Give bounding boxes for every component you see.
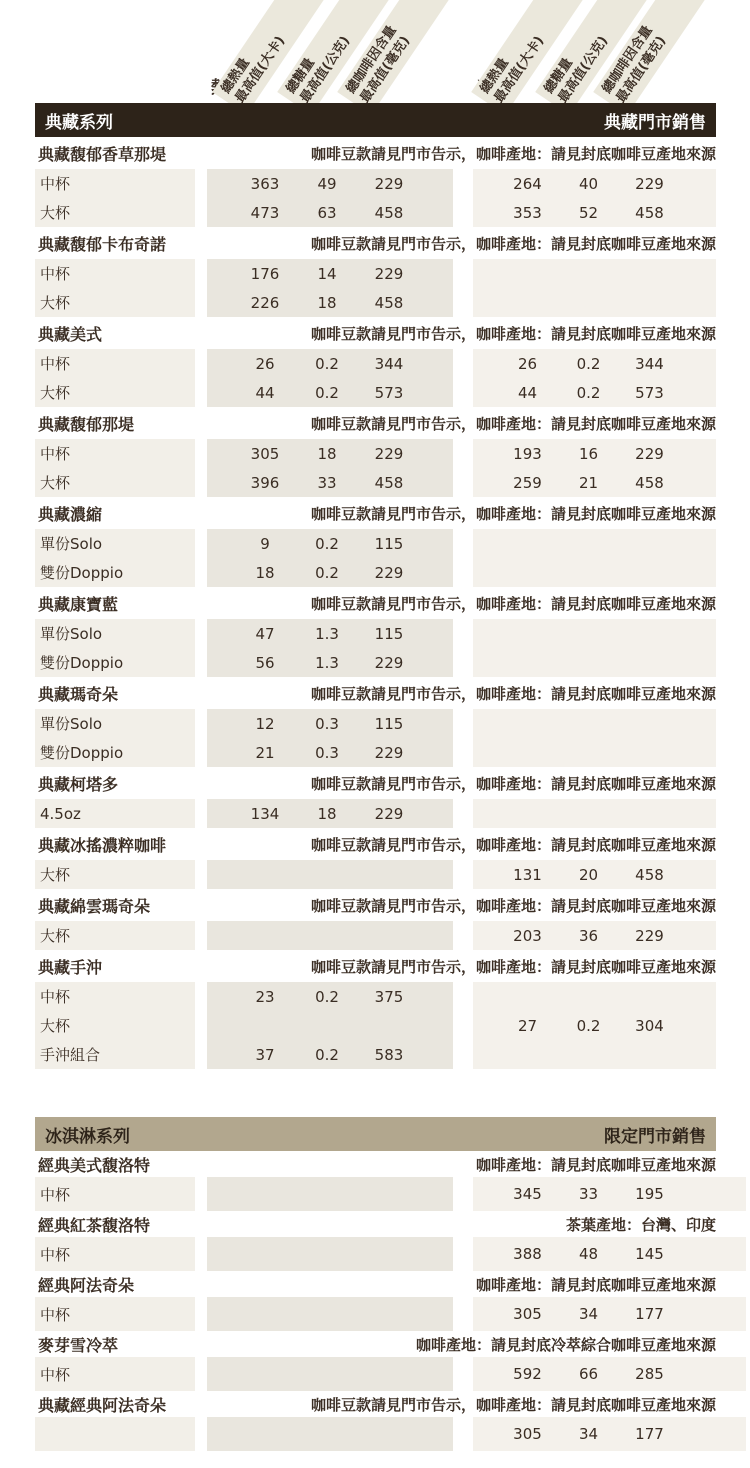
product-name: 典藏手沖 xyxy=(35,955,102,978)
size-label-cell: 單份Solo xyxy=(35,619,195,648)
size-row: 大杯440.2573440.2573 xyxy=(35,378,716,407)
section-title: 冰淇淋系列 xyxy=(45,1122,130,1147)
product-header-row: 經典阿法奇朵咖啡產地：請見封底咖啡豆產地來源 xyxy=(35,1271,716,1297)
size-label: 大杯 xyxy=(40,1015,70,1036)
hot-value-cell: 18 xyxy=(234,564,296,582)
hot-values-block: 370.2583 xyxy=(207,1040,453,1069)
iced-value-cell: 305 xyxy=(497,1305,558,1323)
gutter xyxy=(453,648,473,677)
size-label: 大杯 xyxy=(40,925,70,946)
product-name: 典藏濃縮 xyxy=(35,502,102,525)
iced-value-cell: 304 xyxy=(619,1017,680,1035)
iced-value-cell: 177 xyxy=(619,1305,680,1323)
product-name: 典藏馥郁香草那堤 xyxy=(35,142,166,165)
hot-value-cell: 18 xyxy=(296,445,358,463)
iced-value-cell: 66 xyxy=(558,1365,619,1383)
gutter xyxy=(453,439,473,468)
product-name: 典藏經典阿法奇朵 xyxy=(35,1393,166,1416)
hot-value-cell: 26 xyxy=(234,355,296,373)
product-group: 典藏馥郁那堤咖啡豆款請見門市告示，咖啡產地：請見封底咖啡豆產地來源中杯30518… xyxy=(35,407,716,497)
product-name: 典藏康寶藍 xyxy=(35,592,118,615)
product-name: 經典阿法奇朵 xyxy=(35,1273,134,1296)
iced-value-cell: 48 xyxy=(558,1245,619,1263)
product-header-row: 典藏馥郁卡布奇諾咖啡豆款請見門市告示，咖啡產地：請見封底咖啡豆產地來源 xyxy=(35,227,716,259)
hot-values-block xyxy=(207,1237,453,1271)
size-row: 雙份Doppio180.2229 xyxy=(35,558,716,587)
product-group: 經典美式馥洛特咖啡產地：請見封底咖啡豆產地來源中杯34533195 xyxy=(35,1151,716,1211)
product-note: 茶葉產地：台灣、印度 xyxy=(566,1214,716,1235)
product-header-row: 典藏綿雲瑪奇朵咖啡豆款請見門市告示，咖啡產地：請見封底咖啡豆產地來源 xyxy=(35,889,716,921)
iced-values-block: 30534177 xyxy=(473,1417,746,1451)
iced-value-cell: 44 xyxy=(497,384,558,402)
hot-value-cell: 134 xyxy=(234,805,296,823)
hot-value-cell: 33 xyxy=(296,474,358,492)
iced-values-block xyxy=(473,709,716,738)
hot-values-block: 47363458 xyxy=(207,198,453,227)
iced-values-block xyxy=(473,738,716,767)
iced-value-cell: 131 xyxy=(497,866,558,884)
size-row: 大杯20336229 xyxy=(35,921,716,950)
hot-value-cell: 18 xyxy=(296,294,358,312)
hot-value-cell: 229 xyxy=(358,744,420,762)
section-badge: 典藏門市銷售 xyxy=(604,108,706,133)
hot-value-cell: 23 xyxy=(234,988,296,1006)
hot-value-cell: 49 xyxy=(296,175,358,193)
product-note: 咖啡產地：請見封底咖啡豆產地來源 xyxy=(476,1154,716,1175)
size-label-cell: 大杯 xyxy=(35,1011,195,1040)
iced-value-cell: 0.2 xyxy=(558,384,619,402)
hot-value-cell: 229 xyxy=(358,654,420,672)
hot-values-block: 22618458 xyxy=(207,288,453,317)
gutter xyxy=(195,619,207,648)
product-note: 咖啡豆款請見門市告示，咖啡產地：請見封底咖啡豆產地來源 xyxy=(311,413,716,434)
hot-values-block: 120.3115 xyxy=(207,709,453,738)
iced-values-block xyxy=(473,259,716,288)
size-label-cell: 大杯 xyxy=(35,468,195,497)
hot-value-cell: 473 xyxy=(234,204,296,222)
gutter xyxy=(195,1011,207,1040)
iced-value-cell: 458 xyxy=(619,474,680,492)
size-row: 中杯38848145 xyxy=(35,1237,716,1271)
product-note: 咖啡豆款請見門市告示，咖啡產地：請見封底咖啡豆產地來源 xyxy=(311,143,716,164)
iced-values-block xyxy=(473,648,716,677)
size-label-cell: 大杯 xyxy=(35,860,195,889)
iced-values-block: 35352458 xyxy=(473,198,716,227)
hot-value-cell: 21 xyxy=(234,744,296,762)
size-label-cell: 中杯 xyxy=(35,982,195,1011)
size-row: 中杯230.2375 xyxy=(35,982,716,1011)
size-label: 大杯 xyxy=(40,382,70,403)
iced-value-cell: 305 xyxy=(497,1425,558,1443)
iced-values-block xyxy=(473,982,716,1011)
product-header-row: 典藏經典阿法奇朵咖啡豆款請見門市告示，咖啡產地：請見封底咖啡豆產地來源 xyxy=(35,1391,716,1417)
product-header-row: 典藏馥郁那堤咖啡豆款請見門市告示，咖啡產地：請見封底咖啡豆產地來源 xyxy=(35,407,716,439)
gutter xyxy=(453,799,473,828)
size-label-cell: 雙份Doppio xyxy=(35,738,195,767)
product-name: 典藏馥郁那堤 xyxy=(35,412,134,435)
gutter xyxy=(195,349,207,378)
hot-value-cell: 12 xyxy=(234,715,296,733)
iced-value-cell: 36 xyxy=(558,927,619,945)
iced-values-block xyxy=(473,619,716,648)
product-name: 典藏綿雲瑪奇朵 xyxy=(35,894,150,917)
size-label: 中杯 xyxy=(40,1244,70,1265)
iced-values-block xyxy=(473,799,716,828)
gutter xyxy=(195,921,207,950)
iced-value-cell: 177 xyxy=(619,1425,680,1443)
hot-value-cell: 229 xyxy=(358,175,420,193)
gutter xyxy=(195,1040,207,1069)
size-row: 手沖組合370.2583 xyxy=(35,1040,716,1069)
size-label: 大杯 xyxy=(40,864,70,885)
section-reserve: 典藏系列典藏門市銷售典藏馥郁香草那堤咖啡豆款請見門市告示，咖啡產地：請見封底咖啡… xyxy=(35,103,716,1069)
size-row: 單份Solo120.3115 xyxy=(35,709,716,738)
gutter xyxy=(453,1357,473,1391)
hot-value-cell: 0.2 xyxy=(296,564,358,582)
product-header-row: 典藏手沖咖啡豆款請見門市告示，咖啡產地：請見封底咖啡豆產地來源 xyxy=(35,950,716,982)
hot-value-cell: 18 xyxy=(296,805,358,823)
section-header-bar: 典藏系列典藏門市銷售 xyxy=(35,103,716,137)
size-label-cell: 大杯 xyxy=(35,921,195,950)
gutter xyxy=(453,349,473,378)
hot-value-cell: 226 xyxy=(234,294,296,312)
gutter xyxy=(195,378,207,407)
iced-value-cell: 40 xyxy=(558,175,619,193)
iced-value-cell: 145 xyxy=(619,1245,680,1263)
product-note: 咖啡產地：請見封底咖啡豆產地來源 xyxy=(476,1274,716,1295)
hot-value-cell: 229 xyxy=(358,445,420,463)
size-label-cell: 大杯 xyxy=(35,288,195,317)
product-name: 典藏馥郁卡布奇諾 xyxy=(35,232,166,255)
size-label-cell: 中杯 xyxy=(35,1177,195,1211)
iced-values-block: 26440229 xyxy=(473,169,716,198)
size-label: 中杯 xyxy=(40,173,70,194)
gutter xyxy=(195,169,207,198)
hot-value-cell: 0.3 xyxy=(296,715,358,733)
product-note: 咖啡產地：請見封底冷萃綜合咖啡豆產地來源 xyxy=(416,1334,716,1355)
iced-value-cell: 33 xyxy=(558,1185,619,1203)
product-name: 經典美式馥洛特 xyxy=(35,1153,150,1176)
hot-value-cell: 63 xyxy=(296,204,358,222)
hot-value-cell: 0.2 xyxy=(296,355,358,373)
hot-values-block xyxy=(207,1417,453,1451)
iced-value-cell: 34 xyxy=(558,1425,619,1443)
size-label-cell: 雙份Doppio xyxy=(35,558,195,587)
iced-value-cell: 21 xyxy=(558,474,619,492)
hot-values-block: 13418229 xyxy=(207,799,453,828)
iced-values-block: 38848145 xyxy=(473,1237,746,1271)
iced-values-block: 270.2304 xyxy=(473,1011,716,1040)
iced-value-cell: 344 xyxy=(619,355,680,373)
hot-value-cell: 14 xyxy=(296,265,358,283)
iced-value-cell: 458 xyxy=(619,866,680,884)
product-header-row: 典藏瑪奇朵咖啡豆款請見門市告示，咖啡產地：請見封底咖啡豆產地來源 xyxy=(35,677,716,709)
hot-values-block: 260.2344 xyxy=(207,349,453,378)
gutter xyxy=(195,259,207,288)
gutter xyxy=(453,468,473,497)
hot-value-cell: 176 xyxy=(234,265,296,283)
product-header-row: 典藏濃縮咖啡豆款請見門市告示，咖啡產地：請見封底咖啡豆產地來源 xyxy=(35,497,716,529)
gutter xyxy=(195,1357,207,1391)
iced-values-block xyxy=(473,1040,716,1069)
gutter xyxy=(195,1297,207,1331)
size-row: 30534177 xyxy=(35,1417,716,1451)
hot-value-cell: 573 xyxy=(358,384,420,402)
iced-value-cell: 27 xyxy=(497,1017,558,1035)
product-note: 咖啡豆款請見門市告示，咖啡產地：請見封底咖啡豆產地來源 xyxy=(311,503,716,524)
hot-values-block: 230.2375 xyxy=(207,982,453,1011)
size-label: 單份Solo xyxy=(40,533,102,554)
product-group: 典藏康寶藍咖啡豆款請見門市告示，咖啡產地：請見封底咖啡豆產地來源單份Solo47… xyxy=(35,587,716,677)
gutter xyxy=(453,619,473,648)
iced-values-block: 13120458 xyxy=(473,860,716,889)
size-label: 中杯 xyxy=(40,1304,70,1325)
size-label-cell: 中杯 xyxy=(35,1357,195,1391)
product-group: 典藏經典阿法奇朵咖啡豆款請見門市告示，咖啡產地：請見封底咖啡豆產地來源30534… xyxy=(35,1391,716,1451)
product-header-row: 典藏柯塔多咖啡豆款請見門市告示，咖啡產地：請見封底咖啡豆產地來源 xyxy=(35,767,716,799)
iced-value-cell: 20 xyxy=(558,866,619,884)
gutter xyxy=(453,288,473,317)
iced-values-block: 19316229 xyxy=(473,439,716,468)
gutter xyxy=(195,198,207,227)
size-label: 單份Solo xyxy=(40,713,102,734)
gutter xyxy=(453,1237,473,1271)
gutter xyxy=(453,709,473,738)
hot-values-block xyxy=(207,1177,453,1211)
product-note: 咖啡豆款請見門市告示，咖啡產地：請見封底咖啡豆產地來源 xyxy=(311,956,716,977)
size-row: 4.5oz13418229 xyxy=(35,799,716,828)
gutter xyxy=(453,1011,473,1040)
product-group: 典藏冰搖濃粹咖啡咖啡豆款請見門市告示，咖啡產地：請見封底咖啡豆產地來源大杯131… xyxy=(35,828,716,889)
product-group: 典藏馥郁香草那堤咖啡豆款請見門市告示，咖啡產地：請見封底咖啡豆產地來源中杯363… xyxy=(35,137,716,227)
product-name: 典藏瑪奇朵 xyxy=(35,682,118,705)
product-group: 經典阿法奇朵咖啡產地：請見封底咖啡豆產地來源中杯30534177 xyxy=(35,1271,716,1331)
size-label-cell: 中杯 xyxy=(35,169,195,198)
gutter xyxy=(453,529,473,558)
iced-values-block xyxy=(473,558,716,587)
iced-value-cell: 0.2 xyxy=(558,1017,619,1035)
iced-values-block: 260.2344 xyxy=(473,349,716,378)
size-label: 4.5oz xyxy=(40,805,81,823)
hot-values-block xyxy=(207,921,453,950)
size-label-cell: 單份Solo xyxy=(35,529,195,558)
hot-value-cell: 9 xyxy=(234,535,296,553)
iced-value-cell: 16 xyxy=(558,445,619,463)
product-group: 經典紅茶馥洛特茶葉產地：台灣、印度中杯38848145 xyxy=(35,1211,716,1271)
product-note: 咖啡豆款請見門市告示，咖啡產地：請見封底咖啡豆產地來源 xyxy=(311,834,716,855)
iced-values-block xyxy=(473,529,716,558)
hot-values-block xyxy=(207,1297,453,1331)
product-name: 經典紅茶馥洛特 xyxy=(35,1213,150,1236)
hot-value-cell: 458 xyxy=(358,294,420,312)
size-row: 中杯59266285 xyxy=(35,1357,716,1391)
gutter xyxy=(453,921,473,950)
product-group: 典藏馥郁卡布奇諾咖啡豆款請見門市告示，咖啡產地：請見封底咖啡豆產地來源中杯176… xyxy=(35,227,716,317)
product-header-row: 典藏美式咖啡豆款請見門市告示，咖啡產地：請見封底咖啡豆產地來源 xyxy=(35,317,716,349)
gutter xyxy=(453,1297,473,1331)
size-label-cell: 中杯 xyxy=(35,259,195,288)
hot-values-block xyxy=(207,1357,453,1391)
hot-value-cell: 0.2 xyxy=(296,1046,358,1064)
size-row: 中杯3051822919316229 xyxy=(35,439,716,468)
product-group: 典藏濃縮咖啡豆款請見門市告示，咖啡產地：請見封底咖啡豆產地來源單份Solo90.… xyxy=(35,497,716,587)
iced-value-cell: 353 xyxy=(497,204,558,222)
hot-value-cell: 115 xyxy=(358,715,420,733)
gutter xyxy=(453,169,473,198)
size-label-cell: 中杯 xyxy=(35,1237,195,1271)
gutter xyxy=(453,558,473,587)
size-label: 大杯 xyxy=(40,292,70,313)
size-row: 單份Solo90.2115 xyxy=(35,529,716,558)
size-row: 大杯270.2304 xyxy=(35,1011,716,1040)
iced-value-cell: 259 xyxy=(497,474,558,492)
hot-value-cell: 0.2 xyxy=(296,384,358,402)
column-headers: 熱飲 冰飲 總熱量最高值(大卡)總糖量最高值(公克)總咖啡因含量最高值(毫克)總… xyxy=(0,0,750,103)
hot-values-block: 30518229 xyxy=(207,439,453,468)
hot-value-cell: 1.3 xyxy=(296,654,358,672)
hot-value-cell: 44 xyxy=(234,384,296,402)
product-note: 咖啡豆款請見門市告示，咖啡產地：請見封底咖啡豆產地來源 xyxy=(311,773,716,794)
hot-value-cell: 229 xyxy=(358,805,420,823)
iced-value-cell: 195 xyxy=(619,1185,680,1203)
iced-value-cell: 573 xyxy=(619,384,680,402)
product-note: 咖啡豆款請見門市告示，咖啡產地：請見封底咖啡豆產地來源 xyxy=(311,683,716,704)
size-label: 中杯 xyxy=(40,263,70,284)
iced-value-cell: 592 xyxy=(497,1365,558,1383)
size-label: 中杯 xyxy=(40,353,70,374)
product-header-row: 經典美式馥洛特咖啡產地：請見封底咖啡豆產地來源 xyxy=(35,1151,716,1177)
size-row: 中杯34533195 xyxy=(35,1177,716,1211)
section-header-bar: 冰淇淋系列限定門市銷售 xyxy=(35,1117,716,1151)
size-label: 中杯 xyxy=(40,1184,70,1205)
size-row: 雙份Doppio210.3229 xyxy=(35,738,716,767)
iced-value-cell: 388 xyxy=(497,1245,558,1263)
gutter xyxy=(195,1417,207,1451)
hot-value-cell: 0.2 xyxy=(296,988,358,1006)
gutter xyxy=(195,1237,207,1271)
iced-value-cell: 285 xyxy=(619,1365,680,1383)
hot-values-block: 36349229 xyxy=(207,169,453,198)
iced-value-cell: 264 xyxy=(497,175,558,193)
size-row: 中杯260.2344260.2344 xyxy=(35,349,716,378)
gutter xyxy=(453,259,473,288)
size-label: 中杯 xyxy=(40,986,70,1007)
gutter xyxy=(195,529,207,558)
size-row: 中杯30534177 xyxy=(35,1297,716,1331)
product-note: 咖啡豆款請見門市告示，咖啡產地：請見封底咖啡豆產地來源 xyxy=(311,593,716,614)
gutter xyxy=(453,860,473,889)
gutter xyxy=(195,982,207,1011)
product-group: 典藏綿雲瑪奇朵咖啡豆款請見門市告示，咖啡產地：請見封底咖啡豆產地來源大杯2033… xyxy=(35,889,716,950)
hot-value-cell: 37 xyxy=(234,1046,296,1064)
hot-value-cell: 583 xyxy=(358,1046,420,1064)
size-label: 中杯 xyxy=(40,443,70,464)
hot-values-block: 561.3229 xyxy=(207,648,453,677)
iced-values-block: 30534177 xyxy=(473,1297,746,1331)
product-note: 咖啡豆款請見門市告示，咖啡產地：請見封底咖啡豆產地來源 xyxy=(311,323,716,344)
hot-values-block xyxy=(207,1011,453,1040)
iced-value-cell: 229 xyxy=(619,175,680,193)
iced-value-cell: 229 xyxy=(619,445,680,463)
size-label: 大杯 xyxy=(40,472,70,493)
gutter xyxy=(195,288,207,317)
product-header-row: 典藏康寶藍咖啡豆款請見門市告示，咖啡產地：請見封底咖啡豆產地來源 xyxy=(35,587,716,619)
iced-values-block: 59266285 xyxy=(473,1357,746,1391)
hot-value-cell: 305 xyxy=(234,445,296,463)
iced-value-cell: 193 xyxy=(497,445,558,463)
product-group: 典藏瑪奇朵咖啡豆款請見門市告示，咖啡產地：請見封底咖啡豆產地來源單份Solo12… xyxy=(35,677,716,767)
hot-values-block: 180.2229 xyxy=(207,558,453,587)
iced-value-cell: 26 xyxy=(497,355,558,373)
size-row: 單份Solo471.3115 xyxy=(35,619,716,648)
size-label: 手沖組合 xyxy=(40,1044,100,1065)
size-label: 雙份Doppio xyxy=(40,562,123,583)
size-row: 大杯4736345835352458 xyxy=(35,198,716,227)
size-label: 大杯 xyxy=(40,202,70,223)
gutter xyxy=(195,1177,207,1211)
size-label-cell: 中杯 xyxy=(35,349,195,378)
product-note: 咖啡豆款請見門市告示，咖啡產地：請見封底咖啡豆產地來源 xyxy=(311,895,716,916)
size-label-cell: 單份Solo xyxy=(35,709,195,738)
gutter xyxy=(453,1417,473,1451)
hot-values-block: 17614229 xyxy=(207,259,453,288)
size-label-cell: 大杯 xyxy=(35,378,195,407)
size-row: 大杯22618458 xyxy=(35,288,716,317)
product-header-row: 麥芽雪冷萃咖啡產地：請見封底冷萃綜合咖啡豆產地來源 xyxy=(35,1331,716,1357)
hot-value-cell: 47 xyxy=(234,625,296,643)
hot-value-cell: 363 xyxy=(234,175,296,193)
nutrition-table-page: 熱飲 冰飲 總熱量最高值(大卡)總糖量最高值(公克)總咖啡因含量最高值(毫克)總… xyxy=(0,0,750,1468)
hot-values-block: 210.3229 xyxy=(207,738,453,767)
hot-values-block: 90.2115 xyxy=(207,529,453,558)
hot-values-block: 471.3115 xyxy=(207,619,453,648)
product-header-row: 經典紅茶馥洛特茶葉產地：台灣、印度 xyxy=(35,1211,716,1237)
size-label: 雙份Doppio xyxy=(40,652,123,673)
gutter xyxy=(195,439,207,468)
size-label-cell: 雙份Doppio xyxy=(35,648,195,677)
hot-value-cell: 229 xyxy=(358,564,420,582)
section-title: 典藏系列 xyxy=(45,108,113,133)
hot-value-cell: 115 xyxy=(358,625,420,643)
iced-values-block: 440.2573 xyxy=(473,378,716,407)
hot-value-cell: 115 xyxy=(358,535,420,553)
gutter xyxy=(195,468,207,497)
product-group: 典藏柯塔多咖啡豆款請見門市告示，咖啡產地：請見封底咖啡豆產地來源4.5oz134… xyxy=(35,767,716,828)
product-note: 咖啡豆款請見門市告示，咖啡產地：請見封底咖啡豆產地來源 xyxy=(311,1394,716,1415)
gutter xyxy=(453,378,473,407)
gutter xyxy=(195,860,207,889)
product-group: 典藏美式咖啡豆款請見門市告示，咖啡產地：請見封底咖啡豆產地來源中杯260.234… xyxy=(35,317,716,407)
product-group: 典藏手沖咖啡豆款請見門市告示，咖啡產地：請見封底咖啡豆產地來源中杯230.237… xyxy=(35,950,716,1069)
section-icecream: 冰淇淋系列限定門市銷售經典美式馥洛特咖啡產地：請見封底咖啡豆產地來源中杯3453… xyxy=(35,1117,716,1451)
hot-value-cell: 0.3 xyxy=(296,744,358,762)
hot-values-block xyxy=(207,860,453,889)
product-header-row: 典藏冰搖濃粹咖啡咖啡豆款請見門市告示，咖啡產地：請見封底咖啡豆產地來源 xyxy=(35,828,716,860)
size-row: 大杯3963345825921458 xyxy=(35,468,716,497)
hot-value-cell: 229 xyxy=(358,265,420,283)
iced-value-cell: 203 xyxy=(497,927,558,945)
iced-values-block: 34533195 xyxy=(473,1177,746,1211)
size-row: 中杯3634922926440229 xyxy=(35,169,716,198)
gutter xyxy=(195,738,207,767)
hot-values-block: 440.2573 xyxy=(207,378,453,407)
hot-value-cell: 458 xyxy=(358,474,420,492)
product-name: 麥芽雪冷萃 xyxy=(35,1333,118,1356)
gutter xyxy=(453,1040,473,1069)
size-row: 大杯13120458 xyxy=(35,860,716,889)
product-header-row: 典藏馥郁香草那堤咖啡豆款請見門市告示，咖啡產地：請見封底咖啡豆產地來源 xyxy=(35,137,716,169)
gutter xyxy=(195,648,207,677)
